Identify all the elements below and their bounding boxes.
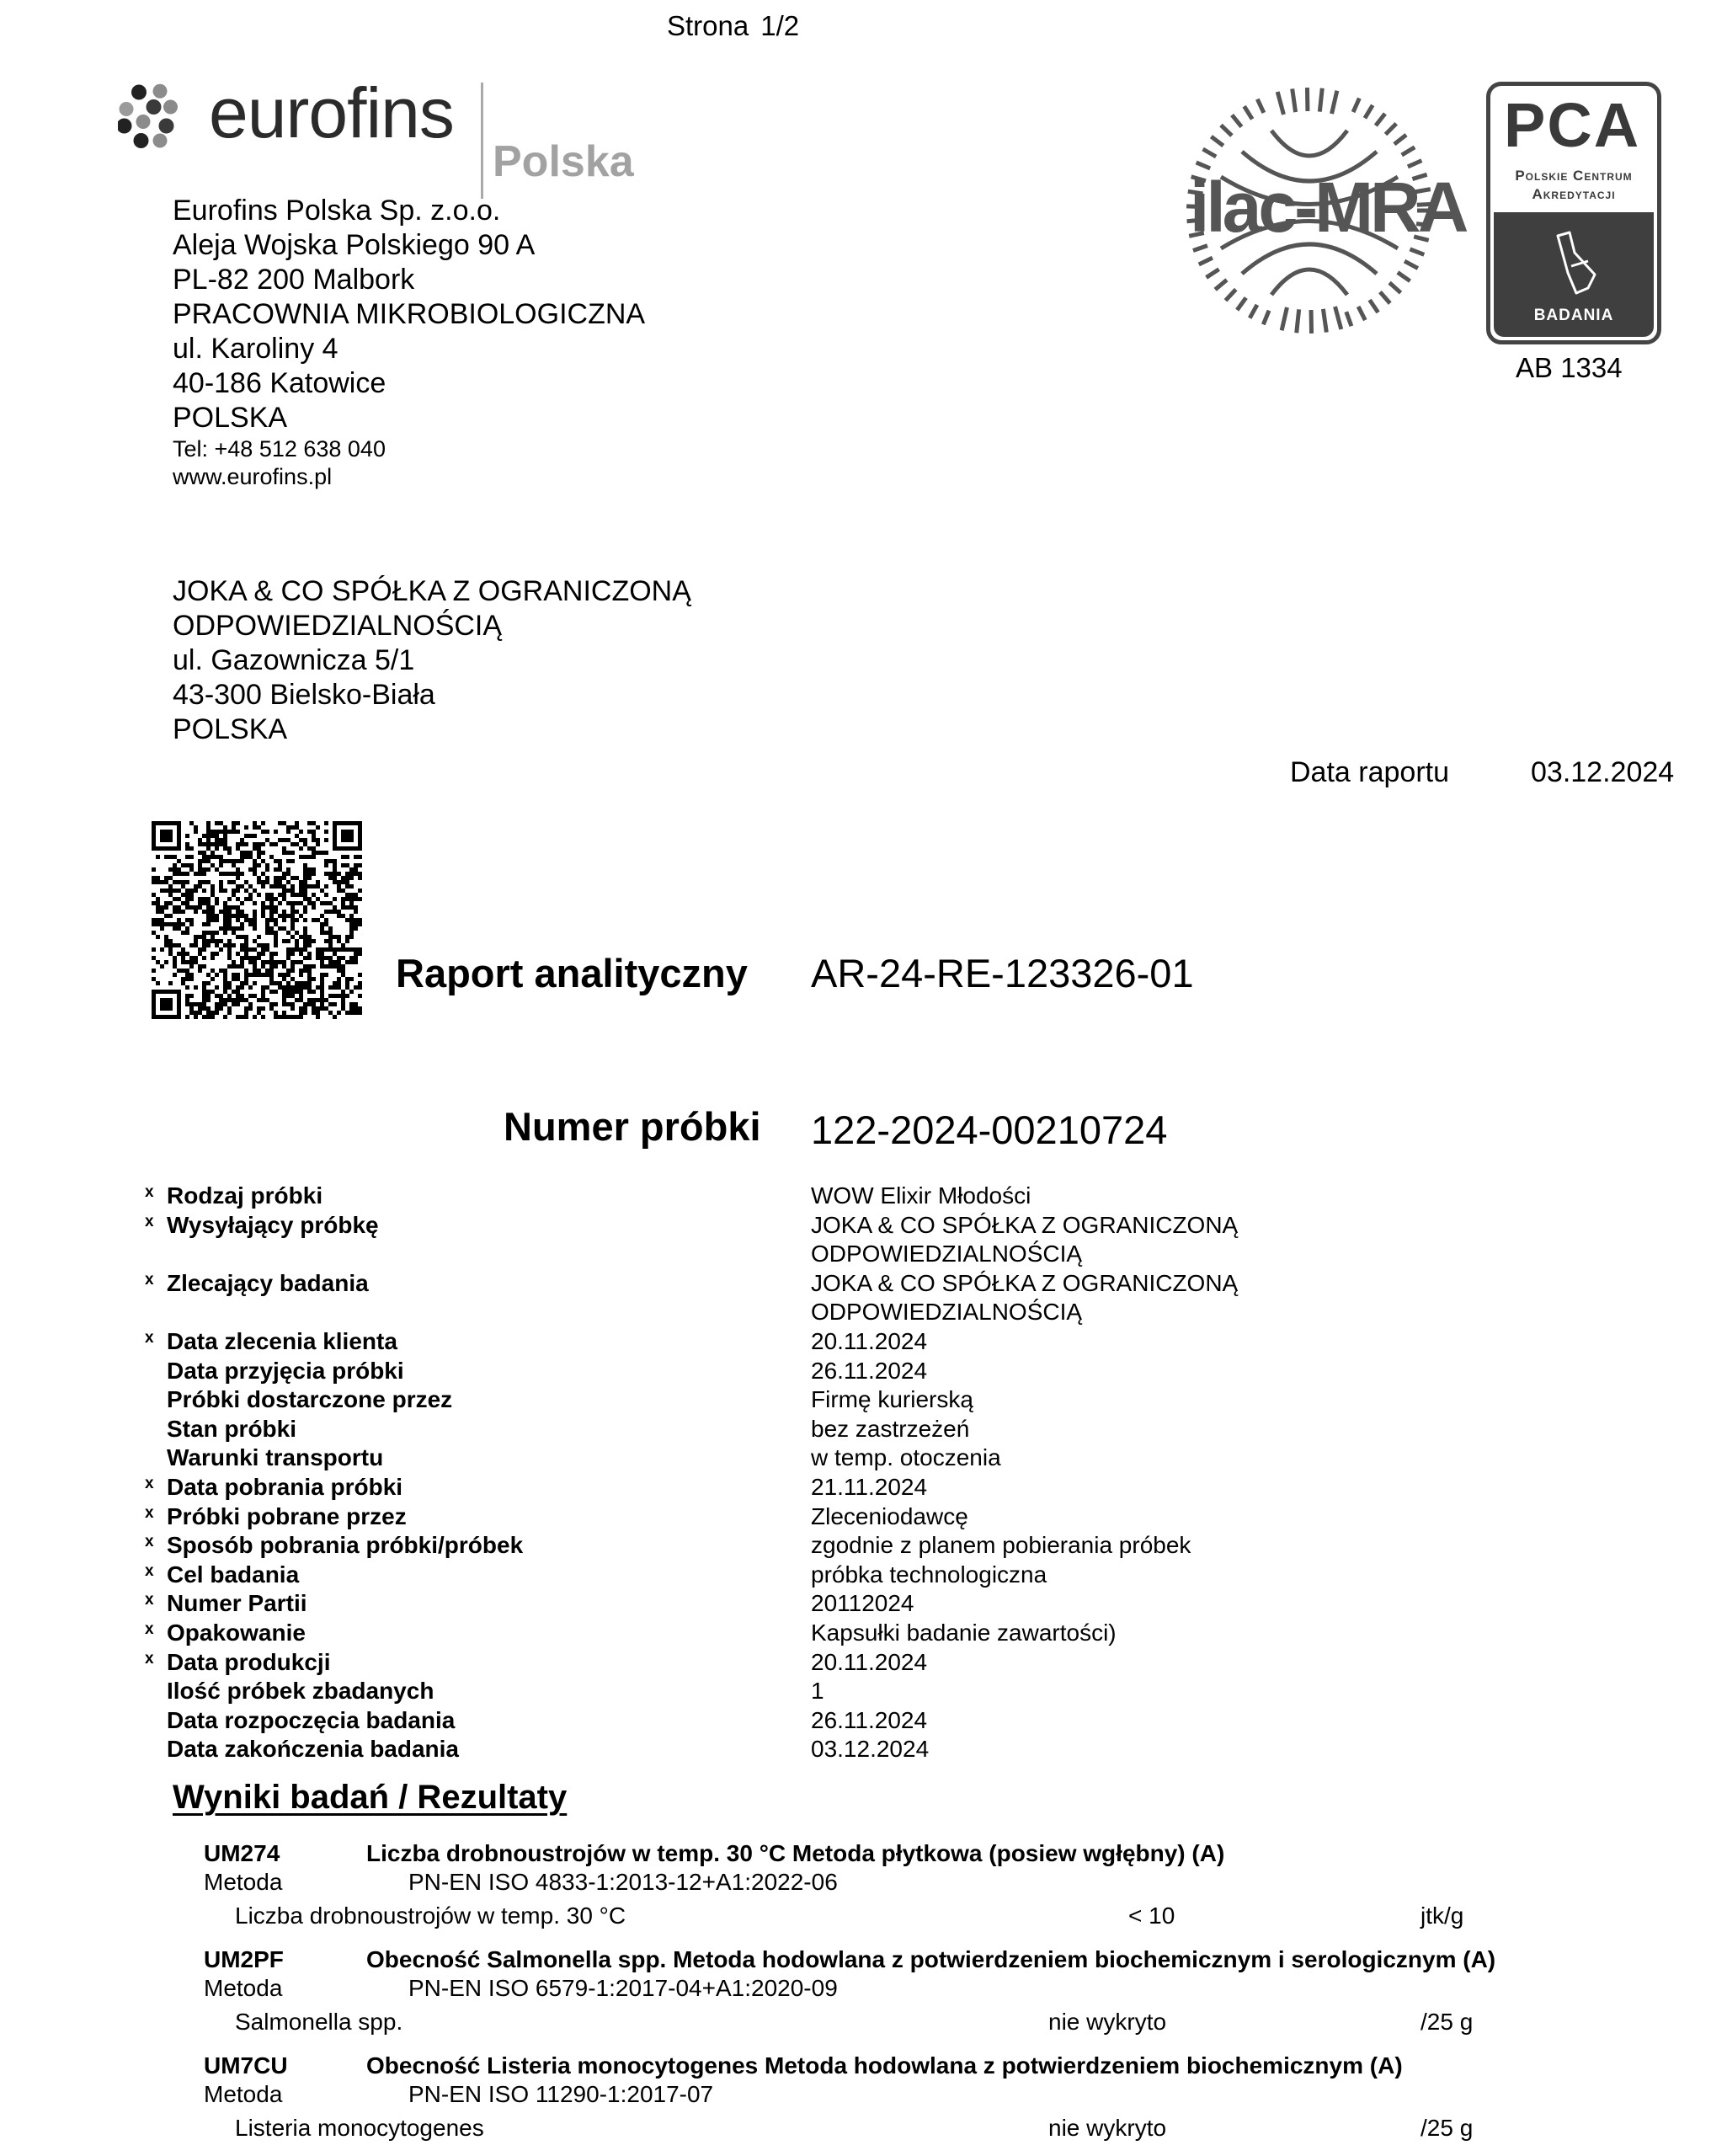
info-row: Stan próbkibez zastrzeżeń — [145, 1415, 1408, 1444]
info-row: Data przyjęcia próbki26.11.2024 — [145, 1357, 1408, 1386]
test-result: Listeria monocytogenesnie wykryto/25 g — [204, 2114, 1635, 2149]
test-header: UM7CUObecność Listeria monocytogenes Met… — [204, 2052, 1635, 2080]
flask-icon — [1551, 231, 1602, 298]
info-value: JOKA & CO SPÓŁKA Z OGRANICZONĄ ODPOWIEDZ… — [811, 1269, 1408, 1327]
info-value: zgodnie z planem pobierania próbek — [811, 1531, 1408, 1561]
info-row: Warunki transportuw temp. otoczenia — [145, 1444, 1408, 1473]
pca-subtitle-line: Polskie Centrum — [1490, 167, 1657, 185]
info-row: Data zakończenia badania03.12.2024 — [145, 1735, 1408, 1764]
lab-address-line: ul. Karoliny 4 — [173, 332, 645, 366]
info-label: Data przyjęcia próbki — [167, 1357, 811, 1386]
page-indicator: Strona1/2 — [667, 10, 799, 42]
info-label: Cel badania — [167, 1561, 811, 1590]
info-value: 20112024 — [811, 1589, 1408, 1619]
info-value: 26.11.2024 — [811, 1357, 1408, 1386]
info-value: w temp. otoczenia — [811, 1444, 1408, 1473]
test-code: UM7CU — [204, 2052, 366, 2080]
info-value: WOW Elixir Młodości — [811, 1182, 1408, 1211]
info-value: Zleceniodawcę — [811, 1502, 1408, 1532]
method-label: Metoda — [204, 1974, 408, 2003]
info-label: Ilość próbek zbadanych — [167, 1677, 811, 1706]
accreditation-mark: x — [145, 1589, 167, 1619]
report-date-label: Data raportu — [1290, 756, 1449, 789]
accreditation-mark — [145, 1444, 167, 1473]
logo-divider — [481, 83, 483, 199]
info-value: 26.11.2024 — [811, 1706, 1408, 1736]
pca-title: PCA — [1504, 89, 1640, 161]
info-row: Data rozpoczęcia badania26.11.2024 — [145, 1706, 1408, 1736]
lab-address-line: Aleja Wojska Polskiego 90 A — [173, 228, 645, 263]
logo-brand: eurofins — [209, 72, 454, 154]
accreditation-mark: x — [145, 1473, 167, 1502]
client-address-line: ODPOWIEDZIALNOŚCIĄ — [173, 609, 691, 643]
result-unit: /25 g — [1421, 2008, 1473, 2036]
info-row: xSposób pobrania próbki/próbekzgodnie z … — [145, 1531, 1408, 1561]
test-header: UM274Liczba drobnoustrojów w temp. 30 °C… — [204, 1839, 1635, 1868]
sample-number-label: Numer próbki — [504, 1103, 761, 1150]
test-method: MetodaPN-EN ISO 4833-1:2013-12+A1:2022-0… — [204, 1868, 1635, 1897]
report-id: AR-24-RE-123326-01 — [811, 950, 1194, 996]
method-label: Metoda — [204, 2080, 408, 2109]
info-value: Kapsułki badanie zawartości) — [811, 1619, 1408, 1648]
accreditation-mark: x — [145, 1619, 167, 1648]
accreditation-code: AB 1334 — [1516, 352, 1623, 384]
accreditation-mark: x — [145, 1182, 167, 1211]
info-label: Próbki dostarczone przez — [167, 1385, 811, 1415]
info-label: Data produkcji — [167, 1648, 811, 1678]
info-label: Data rozpoczęcia badania — [167, 1706, 811, 1736]
accreditation-mark — [145, 1415, 167, 1444]
info-value: 03.12.2024 — [811, 1735, 1408, 1764]
info-value: próbka technologiczna — [811, 1561, 1408, 1590]
info-value: 1 — [811, 1677, 1408, 1706]
test-result: Liczba drobnoustrojów w temp. 30 °C< 10j… — [204, 1902, 1635, 1937]
pca-subtitle: Polskie Centrum Akredytacji — [1490, 167, 1657, 204]
lab-phone: Tel: +48 512 638 040 — [173, 435, 645, 463]
test-block: UM2PFObecność Salmonella spp. Metoda hod… — [204, 1945, 1635, 2043]
result-value: nie wykryto — [1048, 2008, 1166, 2036]
info-value: bez zastrzeżeń — [811, 1415, 1408, 1444]
info-value: Firmę kurierską — [811, 1385, 1408, 1415]
ilac-text: ilac-MRA — [1190, 167, 1465, 248]
info-label: Zlecający badania — [167, 1269, 811, 1327]
info-value: 21.11.2024 — [811, 1473, 1408, 1502]
accreditation-mark — [145, 1357, 167, 1386]
info-row: xPróbki pobrane przezZleceniodawcę — [145, 1502, 1408, 1532]
info-row: xZlecający badaniaJOKA & CO SPÓŁKA Z OGR… — [145, 1269, 1408, 1327]
lab-address-line: POLSKA — [173, 401, 645, 435]
accreditation-mark: x — [145, 1531, 167, 1561]
info-label: Wysyłający próbkę — [167, 1211, 811, 1269]
method-standard: PN-EN ISO 11290-1:2017-07 — [408, 2080, 713, 2109]
result-parameter: Liczba drobnoustrojów w temp. 30 °C — [235, 1902, 626, 1930]
info-row: Próbki dostarczone przezFirmę kurierską — [145, 1385, 1408, 1415]
eurofins-dots-icon — [118, 77, 202, 162]
client-address-line: ul. Gazownicza 5/1 — [173, 643, 691, 678]
info-row: xData zlecenia klienta20.11.2024 — [145, 1327, 1408, 1357]
lab-address-line: PL-82 200 Malbork — [173, 263, 645, 297]
info-label: Data zlecenia klienta — [167, 1327, 811, 1357]
accreditation-mark: x — [145, 1211, 167, 1269]
accreditation-mark — [145, 1706, 167, 1736]
info-label: Data zakończenia badania — [167, 1735, 811, 1764]
accreditation-mark: x — [145, 1269, 167, 1327]
info-label: Stan próbki — [167, 1415, 811, 1444]
info-label: Numer Partii — [167, 1589, 811, 1619]
sample-info-table: xRodzaj próbkiWOW Elixir MłodościxWysyła… — [145, 1182, 1408, 1764]
info-label: Sposób pobrania próbki/próbek — [167, 1531, 811, 1561]
accreditation-mark: x — [145, 1648, 167, 1678]
info-value: JOKA & CO SPÓŁKA Z OGRANICZONĄ ODPOWIEDZ… — [811, 1211, 1408, 1269]
accreditation-mark — [145, 1677, 167, 1706]
test-block: UM7CUObecność Listeria monocytogenes Met… — [204, 2052, 1635, 2149]
method-standard: PN-EN ISO 6579-1:2017-04+A1:2020-09 — [408, 1974, 838, 2003]
report-date: 03.12.2024 — [1531, 756, 1674, 789]
test-name: Obecność Listeria monocytogenes Metoda h… — [366, 2052, 1403, 2080]
sample-number: 122-2024-00210724 — [811, 1107, 1167, 1153]
client-address-line: POLSKA — [173, 712, 691, 747]
page-label: Strona — [667, 10, 749, 41]
test-code: UM274 — [204, 1839, 366, 1868]
info-row: xNumer Partii20112024 — [145, 1589, 1408, 1619]
client-address-line: JOKA & CO SPÓŁKA Z OGRANICZONĄ — [173, 574, 691, 609]
info-row: xData pobrania próbki21.11.2024 — [145, 1473, 1408, 1502]
info-label: Próbki pobrane przez — [167, 1502, 811, 1532]
lab-address-line: PRACOWNIA MIKROBIOLOGICZNA — [173, 297, 645, 332]
accreditation-mark: x — [145, 1561, 167, 1590]
test-name: Obecność Salmonella spp. Metoda hodowlan… — [366, 1945, 1495, 1974]
accreditation-mark — [145, 1735, 167, 1764]
client-address-line: 43-300 Bielsko-Biała — [173, 678, 691, 712]
info-row: xData produkcji20.11.2024 — [145, 1648, 1408, 1678]
eurofins-logo: eurofins Polska — [118, 77, 640, 204]
accreditation-mark: x — [145, 1502, 167, 1532]
info-label: Data pobrania próbki — [167, 1473, 811, 1502]
accreditation-mark — [145, 1385, 167, 1415]
logo-country: Polska — [493, 136, 634, 187]
result-value: nie wykryto — [1048, 2114, 1166, 2143]
lab-address-line: Eurofins Polska Sp. z.o.o. — [173, 194, 645, 228]
pca-badge: PCA Polskie Centrum Akredytacji BADANIA — [1486, 82, 1661, 344]
pca-subtitle-line: Akredytacji — [1490, 185, 1657, 204]
client-address: JOKA & CO SPÓŁKA Z OGRANICZONĄ ODPOWIEDZ… — [173, 574, 691, 747]
report-title: Raport analityczny — [396, 950, 748, 996]
info-row: xRodzaj próbkiWOW Elixir Młodości — [145, 1182, 1408, 1211]
accreditation-mark: x — [145, 1327, 167, 1357]
info-row: xCel badaniapróbka technologiczna — [145, 1561, 1408, 1590]
page-number: 1/2 — [760, 10, 799, 41]
test-header: UM2PFObecność Salmonella spp. Metoda hod… — [204, 1945, 1635, 1974]
qr-code — [152, 821, 362, 1019]
test-block: UM274Liczba drobnoustrojów w temp. 30 °C… — [204, 1839, 1635, 1937]
test-result: Salmonella spp.nie wykryto/25 g — [204, 2008, 1635, 2043]
test-code: UM2PF — [204, 1945, 366, 1974]
result-unit: jtk/g — [1421, 1902, 1463, 1930]
test-method: MetodaPN-EN ISO 11290-1:2017-07 — [204, 2080, 1635, 2109]
ilac-mra-seal: ilac-MRA — [1183, 84, 1436, 337]
results-heading: Wyniki badań / Rezultaty — [173, 1779, 567, 1817]
info-label: Rodzaj próbki — [167, 1182, 811, 1211]
test-method: MetodaPN-EN ISO 6579-1:2017-04+A1:2020-0… — [204, 1974, 1635, 2003]
result-unit: /25 g — [1421, 2114, 1473, 2143]
qr-code-icon — [152, 821, 362, 1019]
info-label: Opakowanie — [167, 1619, 811, 1648]
test-name: Liczba drobnoustrojów w temp. 30 °C Meto… — [366, 1839, 1224, 1868]
pca-dark-panel: BADANIA — [1494, 212, 1654, 337]
lab-website: www.eurofins.pl — [173, 463, 645, 491]
info-row: Ilość próbek zbadanych1 — [145, 1677, 1408, 1706]
info-value: 20.11.2024 — [811, 1327, 1408, 1357]
result-value: < 10 — [1128, 1902, 1175, 1930]
info-label: Warunki transportu — [167, 1444, 811, 1473]
lab-address-line: 40-186 Katowice — [173, 366, 645, 401]
lab-address: Eurofins Polska Sp. z.o.o. Aleja Wojska … — [173, 194, 645, 491]
info-value: 20.11.2024 — [811, 1648, 1408, 1678]
info-row: xWysyłający próbkęJOKA & CO SPÓŁKA Z OGR… — [145, 1211, 1408, 1269]
method-label: Metoda — [204, 1868, 408, 1897]
method-standard: PN-EN ISO 4833-1:2013-12+A1:2022-06 — [408, 1868, 838, 1897]
info-row: xOpakowanieKapsułki badanie zawartości) — [145, 1619, 1408, 1648]
result-parameter: Salmonella spp. — [235, 2008, 402, 2036]
result-parameter: Listeria monocytogenes — [235, 2114, 484, 2143]
pca-badge-label: BADANIA — [1494, 307, 1654, 325]
